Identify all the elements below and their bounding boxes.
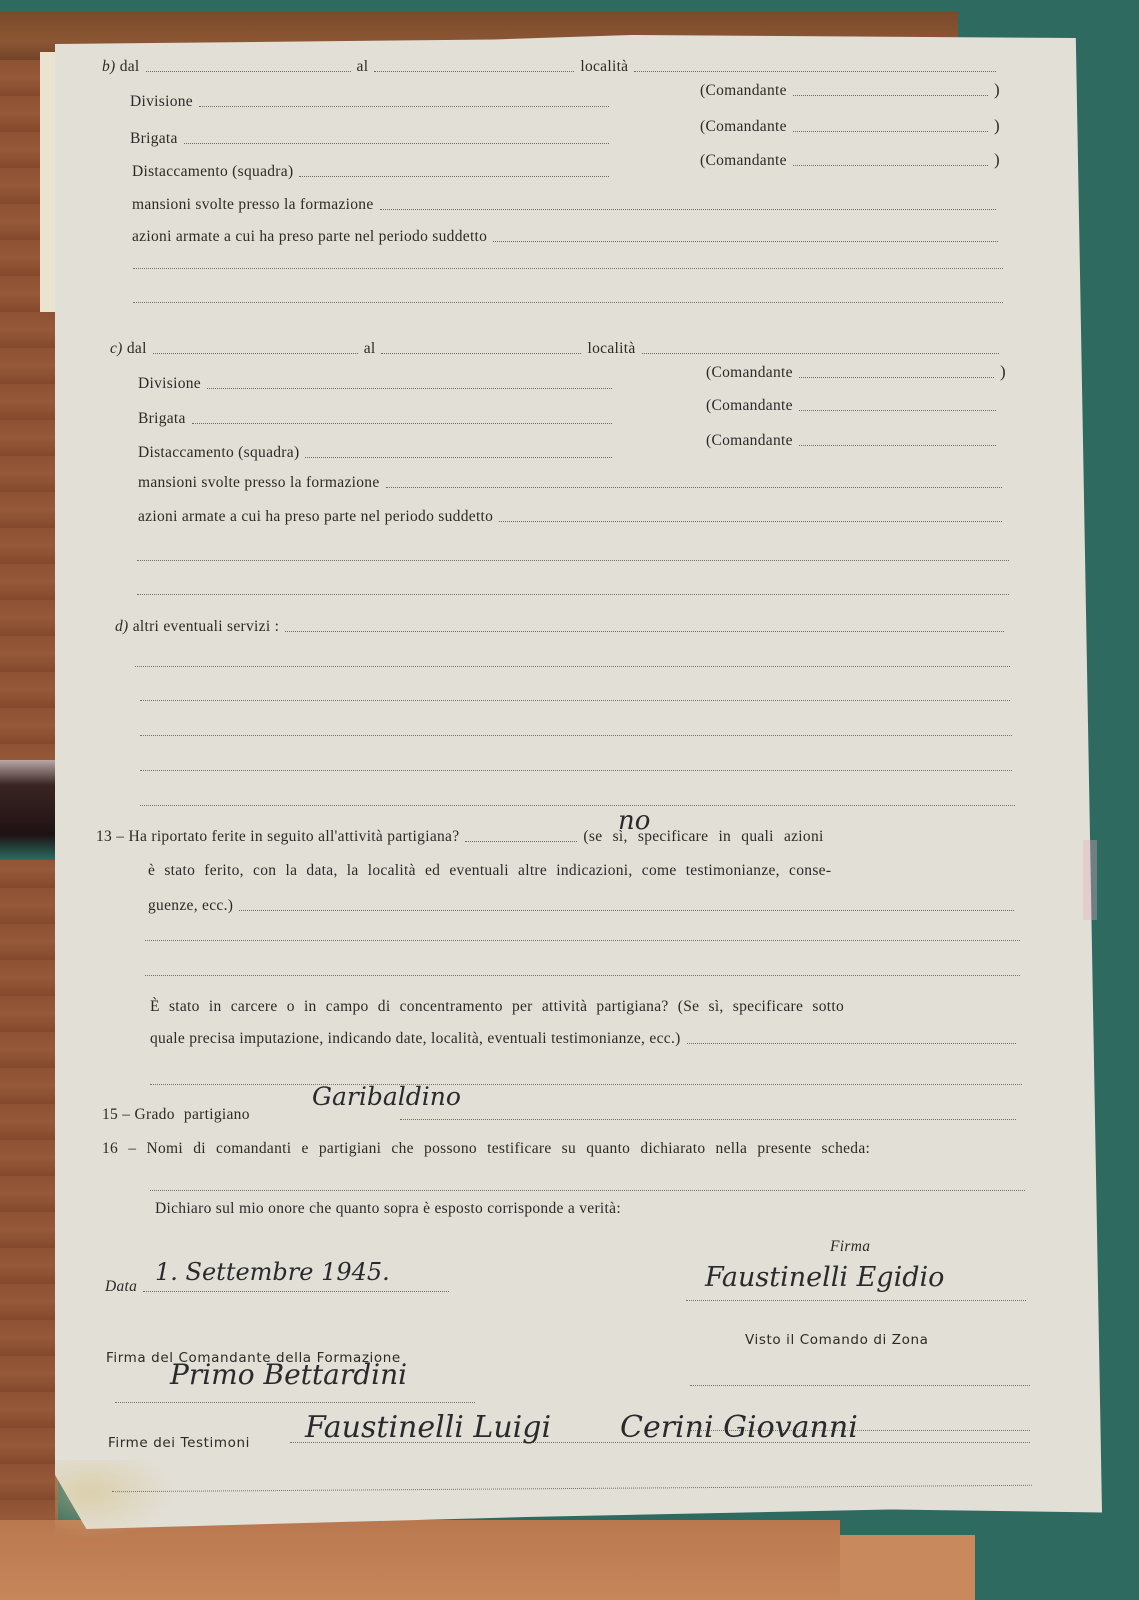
comandante-signature: Primo Bettardini (170, 1358, 407, 1391)
divisione-row: Divisione (138, 375, 618, 393)
brigata-row: Brigata (130, 130, 615, 148)
q13-blank-line[interactable] (145, 940, 1020, 941)
close-paren: ) (994, 116, 1000, 136)
testimoni-label: Firme dei Testimoni (108, 1435, 250, 1451)
q16-blank-line[interactable] (150, 1190, 1025, 1191)
q13-answer-field[interactable] (465, 840, 577, 842)
mansioni-label: mansioni svolte presso la formazione (138, 474, 380, 492)
azioni-blank-line[interactable] (133, 302, 1003, 303)
distaccamento-comandante-row: (Comandante (706, 432, 1002, 450)
azioni-label: azioni armate a cui ha preso parte nel p… (138, 508, 493, 526)
q13-row: 13 – Ha riportato ferite in seguito all'… (96, 828, 1021, 846)
al-label: al (357, 58, 369, 76)
q14-field[interactable] (687, 1042, 1016, 1044)
q15-label: Grado partigiano (135, 1106, 250, 1124)
q13-line2: è stato ferito, con la data, la località… (148, 862, 1023, 880)
distaccamento-field[interactable] (305, 456, 612, 458)
distaccamento-comandante-field[interactable] (793, 164, 988, 166)
brigata-field[interactable] (184, 142, 609, 144)
testimoni-row: Firme dei Testimoni (108, 1435, 250, 1451)
azioni-blank-line[interactable] (133, 268, 1003, 269)
q16-row: 16 – Nomi di comandanti e partigiani che… (102, 1140, 1027, 1158)
servizi-blank-line[interactable] (140, 805, 1015, 806)
azioni-blank-line[interactable] (137, 594, 1009, 595)
testimone-signature-1: Faustinelli Luigi (305, 1410, 551, 1445)
q15-answer-handwritten: Garibaldino (312, 1082, 461, 1111)
brigata-label: Brigata (138, 410, 186, 428)
data-handwritten: 1. Settembre 1945. (155, 1258, 390, 1286)
form-sheet (55, 35, 1102, 1535)
al-label: al (364, 340, 376, 358)
close-paren: ) (994, 150, 1000, 170)
brigata-comandante-field[interactable] (793, 130, 988, 132)
mansioni-field[interactable] (380, 208, 996, 210)
q13-line2-text: è stato ferito, con la data, la località… (148, 862, 831, 880)
section-d-marker: d) (115, 618, 129, 636)
comandante-label: (Comandante (706, 397, 793, 415)
azioni-row: azioni armate a cui ha preso parte nel p… (132, 228, 1004, 246)
localita-label: località (587, 340, 635, 358)
signature-line[interactable] (686, 1300, 1026, 1301)
section-c-marker: c) (110, 340, 123, 358)
brigata-comandante-row: (Comandante (706, 397, 1002, 415)
q13-blank-line[interactable] (145, 975, 1020, 976)
servizi-blank-line[interactable] (140, 700, 1010, 701)
q13-number: 13 – (96, 828, 124, 846)
pink-mark (1083, 840, 1097, 920)
brigata-row: Brigata (138, 410, 618, 428)
dal-label: dal (127, 340, 147, 358)
q14-blank-line[interactable] (150, 1084, 1022, 1085)
q14-line1: È stato in carcere o in campo di concent… (150, 998, 1030, 1016)
visto-label: Visto il Comando di Zona (745, 1332, 929, 1348)
distaccamento-label: Distaccamento (squadra) (132, 163, 293, 181)
mansioni-row: mansioni svolte presso la formazione (138, 474, 1008, 492)
paper-stain (55, 1460, 175, 1540)
divisione-field[interactable] (207, 387, 612, 389)
comandante-label: (Comandante (700, 118, 787, 136)
comandante-label: (Comandante (700, 82, 787, 100)
localita-field[interactable] (634, 70, 996, 72)
dal-label: dal (120, 58, 140, 76)
q16-number: 16 – (102, 1140, 136, 1158)
mansioni-label: mansioni svolte presso la formazione (132, 196, 374, 214)
declarant-signature: Faustinelli Egidio (705, 1262, 944, 1293)
close-paren: ) (994, 80, 1000, 100)
divisione-field[interactable] (199, 105, 609, 107)
q13-line3: guenze, ecc.) (148, 897, 1020, 915)
mansioni-row: mansioni svolte presso la formazione (132, 196, 1002, 214)
declaration-row: Dichiaro sul mio onore che quanto sopra … (155, 1200, 855, 1218)
comandante-signature-line[interactable] (115, 1402, 475, 1403)
divisione-row: Divisione (130, 93, 615, 111)
brigata-comandante-row: (Comandante ) (700, 116, 1000, 136)
visto-line[interactable] (690, 1385, 1030, 1386)
divisione-comandante-field[interactable] (793, 94, 988, 96)
comandante-label: (Comandante (700, 152, 787, 170)
section-d-row: d) altri eventuali servizi : (115, 618, 1010, 636)
section-b-marker: b) (102, 58, 116, 76)
q15-field[interactable] (400, 1118, 1016, 1120)
brigata-field[interactable] (192, 422, 612, 424)
q13-details-field[interactable] (239, 909, 1014, 911)
q13-question: Ha riportato ferite in seguito all'attiv… (129, 828, 460, 846)
distaccamento-comandante-field[interactable] (799, 444, 996, 446)
data-field[interactable] (143, 1290, 449, 1292)
divisione-comandante-field[interactable] (799, 376, 994, 378)
divisione-label: Divisione (130, 93, 193, 111)
localita-field[interactable] (642, 352, 1000, 354)
q13-line3-text: guenze, ecc.) (148, 897, 233, 915)
firma-label-text: Firma (830, 1238, 870, 1256)
distaccamento-field[interactable] (299, 175, 609, 177)
servizi-blank-line[interactable] (140, 735, 1012, 736)
section-b-dates-row: b) dal al località (102, 58, 1002, 76)
firma-label: Firma (830, 1238, 870, 1256)
al-field[interactable] (374, 70, 574, 72)
distaccamento-label: Distaccamento (squadra) (138, 444, 299, 462)
distaccamento-comandante-row: (Comandante ) (700, 150, 1000, 170)
q13-answer-handwritten: no (618, 806, 650, 836)
azioni-field[interactable] (499, 520, 1002, 522)
localita-label: località (580, 58, 628, 76)
azioni-row: azioni armate a cui ha preso parte nel p… (138, 508, 1008, 526)
data-label: Data (105, 1278, 137, 1296)
visto-row: Visto il Comando di Zona (745, 1332, 929, 1348)
divisione-comandante-row: (Comandante ) (700, 80, 1000, 100)
brigata-label: Brigata (130, 130, 178, 148)
q14-line2: quale precisa imputazione, indicando dat… (150, 1030, 1022, 1048)
wood-block (840, 1535, 975, 1600)
q15-number: 15 – (102, 1106, 130, 1124)
servizi-blank-line[interactable] (140, 770, 1012, 771)
comandante-label: (Comandante (706, 364, 793, 382)
al-field[interactable] (381, 352, 581, 354)
section-c-dates-row: c) dal al località (110, 340, 1005, 358)
q16-label: Nomi di comandanti e partigiani che poss… (147, 1140, 871, 1158)
altri-servizi-field[interactable] (285, 630, 1004, 632)
altri-servizi-label: altri eventuali servizi : (133, 618, 280, 636)
q14-line1-text: È stato in carcere o in campo di concent… (150, 998, 844, 1016)
divisione-label: Divisione (138, 375, 201, 393)
azioni-field[interactable] (493, 240, 998, 242)
distaccamento-row: Distaccamento (squadra) (138, 444, 618, 462)
divisione-comandante-row: (Comandante ) (706, 362, 1006, 382)
dal-field[interactable] (153, 352, 358, 354)
comandante-label: (Comandante (706, 432, 793, 450)
binder-clip-shadow (0, 760, 55, 860)
q14-line2-text: quale precisa imputazione, indicando dat… (150, 1030, 681, 1048)
declaration-text: Dichiaro sul mio onore che quanto sopra … (155, 1200, 621, 1218)
servizi-blank-line[interactable] (135, 666, 1010, 667)
dal-field[interactable] (146, 70, 351, 72)
distaccamento-row: Distaccamento (squadra) (132, 163, 615, 181)
azioni-label: azioni armate a cui ha preso parte nel p… (132, 228, 487, 246)
mansioni-field[interactable] (386, 486, 1002, 488)
q15-row: 15 – Grado partigiano (102, 1106, 1022, 1124)
close-paren: ) (1000, 362, 1006, 382)
azioni-blank-line[interactable] (137, 560, 1009, 561)
brigata-comandante-field[interactable] (799, 409, 996, 411)
testimone-signature-2: Cerini Giovanni (620, 1410, 858, 1445)
